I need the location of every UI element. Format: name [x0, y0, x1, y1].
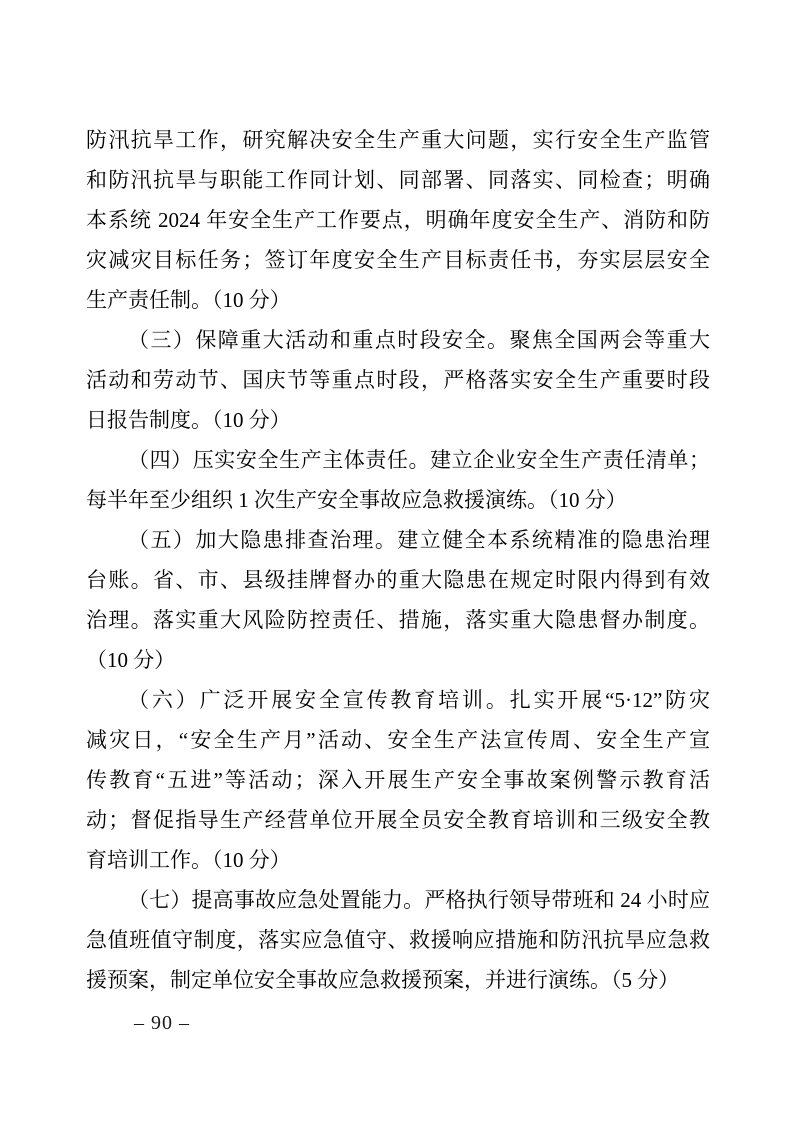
text-line: 活动和劳动节、国庆节等重点时段，严格落实安全生产重要时段	[86, 360, 710, 400]
paragraph-continuation: 防汛抗旱工作，研究解决安全生产重大问题，实行安全生产监管 和防汛抗旱与职能工作同…	[86, 120, 710, 320]
paragraph-item-7: （七）提高事故应急处置能力。严格执行领导带班和 24 小时应 急值班值守制度，落…	[86, 880, 710, 1000]
text-line: 本系统 2024 年安全生产工作要点，明确年度安全生产、消防和防	[86, 200, 710, 240]
text-line: （三）保障重大活动和重点时段安全。聚焦全国两会等重大	[86, 320, 710, 360]
paragraph-item-4: （四）压实安全生产主体责任。建立企业安全生产责任清单； 每半年至少组织 1 次生…	[86, 440, 710, 520]
text-line: 每半年至少组织 1 次生产安全事故应急救援演练。（10 分）	[86, 480, 710, 520]
text-line: 灾减灾目标任务；签订年度安全生产目标责任书，夯实层层安全	[86, 240, 710, 280]
paragraph-item-5: （五）加大隐患排查治理。建立健全本系统精准的隐患治理 台账。省、市、县级挂牌督办…	[86, 520, 710, 680]
text-line: 生产责任制。（10 分）	[86, 280, 710, 320]
text-line: 减灾日，“安全生产月”活动、安全生产法宣传周、安全生产宣	[86, 720, 710, 760]
text-line: （四）压实安全生产主体责任。建立企业安全生产责任清单；	[86, 440, 710, 480]
text-line: 台账。省、市、县级挂牌督办的重大隐患在规定时限内得到有效	[86, 560, 710, 600]
text-line: 育培训工作。（10 分）	[86, 840, 710, 880]
text-line: 援预案，制定单位安全事故应急救援预案，并进行演练。（5 分）	[86, 960, 710, 1000]
text-line: 传教育“五进”等活动；深入开展生产安全事故案例警示教育活	[86, 760, 710, 800]
text-line: 动；督促指导生产经营单位开展全员安全教育培训和三级安全教	[86, 800, 710, 840]
text-line: 和防汛抗旱与职能工作同计划、同部署、同落实、同检查；明确	[86, 160, 710, 200]
paragraph-item-3: （三）保障重大活动和重点时段安全。聚焦全国两会等重大 活动和劳动节、国庆节等重点…	[86, 320, 710, 440]
text-line: 日报告制度。（10 分）	[86, 400, 710, 440]
text-line: （五）加大隐患排查治理。建立健全本系统精准的隐患治理	[86, 520, 710, 560]
document-page: 防汛抗旱工作，研究解决安全生产重大问题，实行安全生产监管 和防汛抗旱与职能工作同…	[0, 0, 793, 1122]
text-line: （10 分）	[86, 640, 710, 680]
text-line: 治理。落实重大风险防控责任、措施，落实重大隐患督办制度。	[86, 600, 710, 640]
text-line: 急值班值守制度，落实应急值守、救援响应措施和防汛抗旱应急救	[86, 920, 710, 960]
paragraph-item-6: （六）广泛开展安全宣传教育培训。扎实开展“5·12”防灾 减灾日，“安全生产月”…	[86, 680, 710, 880]
document-body: 防汛抗旱工作，研究解决安全生产重大问题，实行安全生产监管 和防汛抗旱与职能工作同…	[86, 120, 710, 1000]
text-line: （七）提高事故应急处置能力。严格执行领导带班和 24 小时应	[86, 880, 710, 920]
text-line: （六）广泛开展安全宣传教育培训。扎实开展“5·12”防灾	[86, 680, 710, 720]
page-number: – 90 –	[134, 1010, 190, 1036]
text-line: 防汛抗旱工作，研究解决安全生产重大问题，实行安全生产监管	[86, 120, 710, 160]
